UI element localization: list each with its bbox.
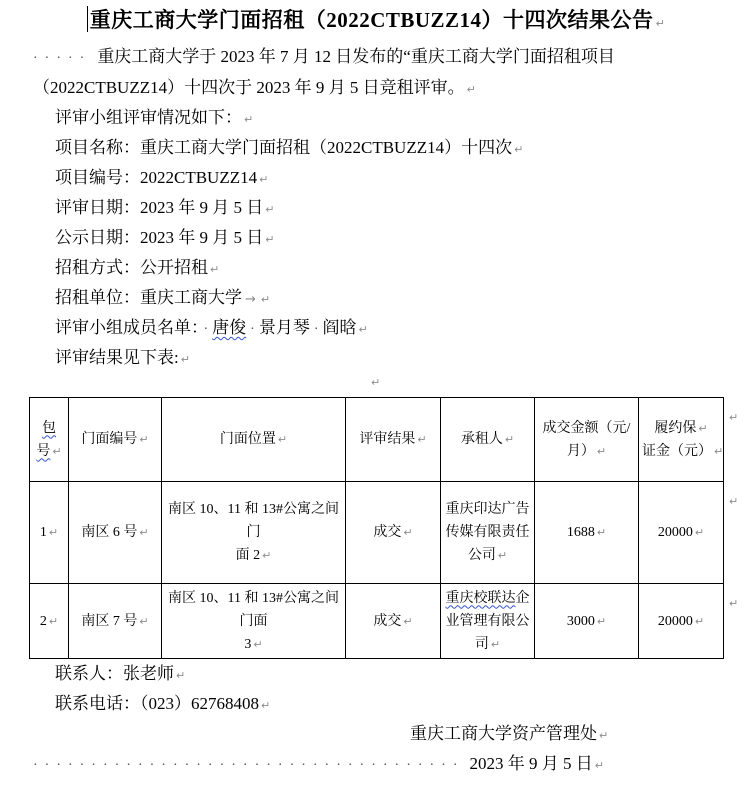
line-text: 评审日期：2023 年 9 月 5 日 <box>55 198 263 217</box>
paragraph-mark-icon: ↵ <box>265 203 274 216</box>
cell-text: 1688 <box>567 525 595 540</box>
paragraph-mark-icon: ↵ <box>244 113 253 126</box>
header-deal-price: 成交金额（元/ 月）↵ <box>535 398 639 482</box>
intro-line-1: ·····重庆工商大学于 2023 年 7 月 12 日发布的“重庆工商大学门面… <box>33 45 615 70</box>
cell-text: 2 <box>40 614 47 629</box>
cell-deposit: 20000↵ <box>639 584 724 659</box>
cell-end-mark-icon: ↵ <box>403 526 412 539</box>
cell-text: 20000 <box>658 614 693 629</box>
line-text: 2023 年 9 月 5 日 <box>470 754 593 773</box>
cell-end-mark-icon: ↵ <box>262 549 271 562</box>
row-end-mark-icon: ↵ <box>727 492 738 510</box>
header-text: 门面位置 <box>220 432 276 447</box>
paragraph-mark-icon: ↵ <box>514 143 523 156</box>
empty-paragraph-mark: ↵ <box>369 373 380 391</box>
table-row: 1↵ 南区 6 号↵ 南区 10、11 和 13#公寓之间门 面 2↵ 成交↵ … <box>30 482 724 584</box>
cell-end-mark-icon: ↵ <box>403 615 412 628</box>
cell-end-mark-icon: ↵ <box>139 615 148 628</box>
header-package-no: 包 号↵ <box>30 398 69 482</box>
cell-end-mark-icon: ↵ <box>491 638 500 651</box>
line-text: 联系人：张老师 <box>55 664 174 683</box>
member-name-flagged: 唐俊 <box>212 318 246 337</box>
header-deposit: 履约保↵ 证金（元）↵ <box>639 398 724 482</box>
line-text: 公示日期：2023 年 9 月 5 日 <box>55 228 263 247</box>
paragraph-mark-icon: ↵ <box>599 729 608 742</box>
paragraph-mark-icon: ↵ <box>371 376 380 389</box>
row-end-mark-icon: ↵ <box>727 408 738 426</box>
cell-text: 南区 6 号 <box>81 525 137 540</box>
signature-line: 重庆工商大学资产管理处↵ <box>410 722 608 747</box>
line-project-number: 项目编号：2022CTBUZZ14↵ <box>55 166 268 191</box>
cell-end-mark-icon: ↵ <box>49 526 58 539</box>
cell-end-mark-icon: ↵ <box>505 433 514 446</box>
space-marks: ····································· <box>33 758 465 773</box>
cell-end-mark-icon: ↵ <box>597 615 606 628</box>
header-shop-no: 门面编号↵ <box>69 398 162 482</box>
line-break-mark-icon: ↵ <box>698 422 707 435</box>
cell-text: 成交 <box>373 614 401 629</box>
cell-tenant: 重庆校联达企 业管理有限公 司↵ <box>441 584 535 659</box>
table-header-row: 包 号↵ 门面编号↵ 门面位置↵ 评审结果↵ 承租人↵ 成交金额（元/ 月）↵ <box>30 398 724 482</box>
cell-tenant: 重庆印达广告 传媒有限责任 公司↵ <box>441 482 535 584</box>
member-name: 阎晗 <box>323 318 357 337</box>
header-text: 证金（元） <box>642 444 712 459</box>
contact-phone-line: 联系电话：（023）62768408↵ <box>55 692 270 717</box>
header-review-result: 评审结果↵ <box>346 398 441 482</box>
cell-text: 20000 <box>658 525 693 540</box>
cell-text: 重庆印达广告 传媒有限责任 公司 <box>446 502 530 563</box>
cell-text-flagged: 重庆校联达 <box>446 591 516 606</box>
paragraph-mark-icon: ↵ <box>595 759 604 772</box>
line-landlord: 招租单位：重庆工商大学→↵ <box>55 286 270 311</box>
contact-name-line: 联系人：张老师↵ <box>55 662 185 687</box>
paragraph-mark-icon: ↵ <box>729 411 738 424</box>
cell-text: 南区 10、11 和 13#公寓之间门 面 2 <box>168 502 339 563</box>
line-table-intro: 评审结果见下表:↵ <box>55 346 190 371</box>
cell-package-no: 2↵ <box>30 584 69 659</box>
cell-shop-no: 南区 6 号↵ <box>69 482 162 584</box>
paragraph-mark-icon: ↵ <box>265 233 274 246</box>
table-row: 2↵ 南区 7 号↵ 南区 10、11 和 13#公寓之间门面 3↵ 成交↵ 重… <box>30 584 724 659</box>
paragraph-mark-icon: ↵ <box>181 353 190 366</box>
intro-text-1: 重庆工商大学于 2023 年 7 月 12 日发布的“重庆工商大学门面招租项目 <box>97 47 615 66</box>
line-text: 招租单位：重庆工商大学 <box>55 288 242 307</box>
line-text: 评审结果见下表: <box>55 348 179 367</box>
document-page: 重庆工商大学门面招租（2022CTBUZZ14）十四次结果公告↵ ·····重庆… <box>0 0 752 787</box>
header-deposit-line2: 证金（元）↵ <box>642 440 720 463</box>
header-tenant: 承租人↵ <box>441 398 535 482</box>
header-location: 门面位置↵ <box>162 398 346 482</box>
space-mark: · <box>204 322 209 337</box>
cell-end-mark-icon: ↵ <box>49 615 58 628</box>
intro-line-2: （2022CTBUZZ14）十四次于 2023 年 9 月 5 日竞租评审。↵ <box>33 76 476 101</box>
line-text: 项目名称：重庆工商大学门面招租（2022CTBUZZ14）十四次 <box>55 138 512 157</box>
line-text: 项目编号：2022CTBUZZ14 <box>55 168 257 187</box>
paragraph-mark-icon: ↵ <box>261 699 270 712</box>
header-text: 承租人 <box>461 432 503 447</box>
space-mark: · <box>314 322 319 337</box>
cell-end-mark-icon: ↵ <box>139 433 148 446</box>
line-project-name: 项目名称：重庆工商大学门面招租（2022CTBUZZ14）十四次↵ <box>55 136 523 161</box>
line-text: 联系电话：（023）62768408 <box>55 694 259 713</box>
line-publish-date: 公示日期：2023 年 9 月 5 日↵ <box>55 226 274 251</box>
cell-text: 1 <box>40 525 47 540</box>
cell-deposit: 20000↵ <box>639 482 724 584</box>
paragraph-mark-icon: ↵ <box>176 669 185 682</box>
line-review-members: 评审小组成员名单：·唐俊·景月琴·阎晗↵ <box>55 316 368 341</box>
tab-mark-icon: → <box>245 292 256 307</box>
line-review-date: 评审日期：2023 年 9 月 5 日↵ <box>55 196 274 221</box>
cell-end-mark-icon: ↵ <box>597 526 606 539</box>
cell-end-mark-icon: ↵ <box>695 615 704 628</box>
paragraph-mark-icon: ↵ <box>259 173 268 186</box>
date-line: ·····································202… <box>33 752 604 777</box>
paragraph-mark-icon: ↵ <box>261 293 270 306</box>
paragraph-mark-icon: ↵ <box>467 83 476 96</box>
cell-package-no: 1↵ <box>30 482 69 584</box>
cell-review-result: 成交↵ <box>346 584 441 659</box>
cell-text: 南区 7 号 <box>81 614 137 629</box>
space-marks: ····· <box>33 51 91 66</box>
line-text: 重庆工商大学资产管理处 <box>410 724 597 743</box>
cell-end-mark-icon: ↵ <box>714 445 723 458</box>
header-text: 评审结果 <box>359 432 415 447</box>
header-deposit-line1: 履约保↵ <box>642 417 720 440</box>
cell-deal-price: 3000↵ <box>535 584 639 659</box>
paragraph-mark-icon: ↵ <box>359 323 368 336</box>
paragraph-mark-icon: ↵ <box>729 597 738 610</box>
space-mark: · <box>250 322 255 337</box>
intro-text-2: （2022CTBUZZ14）十四次于 2023 年 9 月 5 日竞租评审。 <box>33 78 465 97</box>
cell-end-mark-icon: ↵ <box>278 433 287 446</box>
header-text: 门面编号 <box>81 432 137 447</box>
line-text: 招租方式：公开招租 <box>55 258 208 277</box>
row-end-mark-icon: ↵ <box>727 594 738 612</box>
cell-deal-price: 1688↵ <box>535 482 639 584</box>
cell-end-mark-icon: ↵ <box>139 526 148 539</box>
cell-review-result: 成交↵ <box>346 482 441 584</box>
cell-end-mark-icon: ↵ <box>498 549 507 562</box>
cell-end-mark-icon: ↵ <box>253 638 262 651</box>
member-name: 景月琴 <box>259 318 310 337</box>
line-text: 评审小组评审情况如下： <box>55 108 242 127</box>
cell-location: 南区 10、11 和 13#公寓之间门 面 2↵ <box>162 482 346 584</box>
cell-end-mark-icon: ↵ <box>417 433 426 446</box>
header-text: 成交金额（元/ 月） <box>543 421 631 459</box>
line-review-intro: 评审小组评审情况如下：↵ <box>55 106 253 131</box>
text-cursor <box>87 6 88 32</box>
line-rental-method: 招租方式：公开招租↵ <box>55 256 219 281</box>
paragraph-mark-icon: ↵ <box>656 17 666 30</box>
cell-end-mark-icon: ↵ <box>695 526 704 539</box>
cell-location: 南区 10、11 和 13#公寓之间门面 3↵ <box>162 584 346 659</box>
document-title: 重庆工商大学门面招租（2022CTBUZZ14）十四次结果公告 <box>90 8 654 32</box>
paragraph-mark-icon: ↵ <box>729 495 738 508</box>
cell-end-mark-icon: ↵ <box>52 445 61 458</box>
cell-text: 3000 <box>567 614 595 629</box>
line-text: 评审小组成员名单： <box>55 318 200 337</box>
result-table-container: 包 号↵ 门面编号↵ 门面位置↵ 评审结果↵ 承租人↵ 成交金额（元/ 月）↵ <box>29 397 724 659</box>
document-title-line: 重庆工商大学门面招租（2022CTBUZZ14）十四次结果公告↵ <box>0 4 752 34</box>
paragraph-mark-icon: ↵ <box>210 263 219 276</box>
result-table: 包 号↵ 门面编号↵ 门面位置↵ 评审结果↵ 承租人↵ 成交金额（元/ 月）↵ <box>29 397 724 659</box>
header-text: 履约保 <box>654 421 696 436</box>
cell-end-mark-icon: ↵ <box>597 445 606 458</box>
cell-shop-no: 南区 7 号↵ <box>69 584 162 659</box>
cell-text: 成交 <box>373 525 401 540</box>
